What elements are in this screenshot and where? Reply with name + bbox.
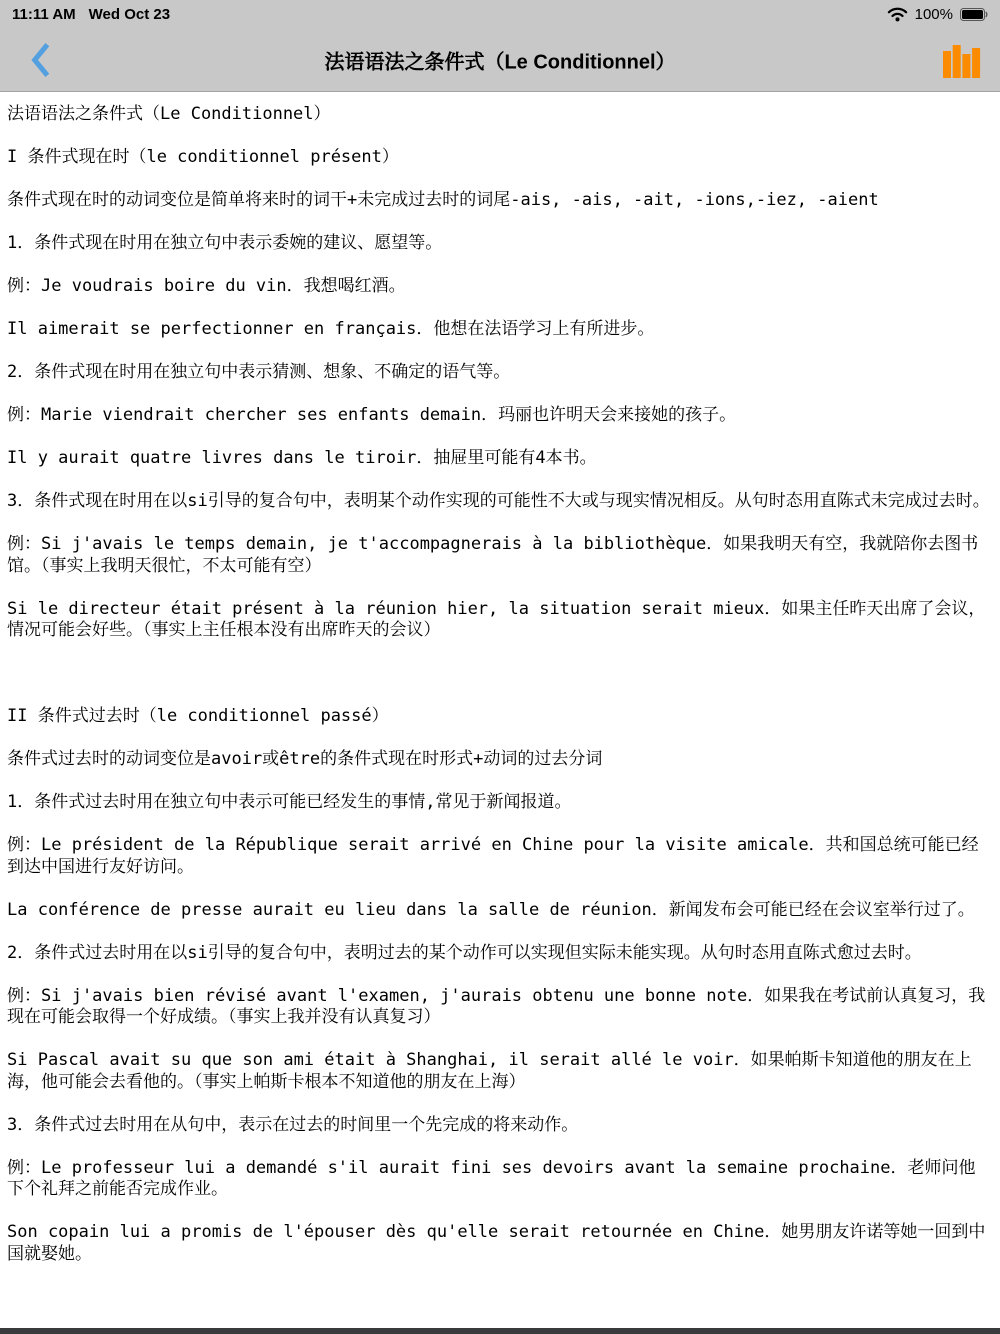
- paragraph: Son copain lui a promis de l'épouser dès…: [7, 1222, 990, 1265]
- paragraph: I 条件式现在时（le conditionnel présent）: [7, 147, 990, 169]
- status-date: Wed Oct 23: [89, 6, 170, 23]
- paragraph: 法语语法之条件式（Le Conditionnel）: [7, 104, 990, 126]
- paragraph: 条件式现在时的动词变位是简单将来时的词干+未完成过去时的词尾-ais, -ais…: [7, 190, 990, 212]
- paragraph: Il aimerait se perfectionner en français…: [7, 319, 990, 341]
- app-screen: 11:11 AM Wed Oct 23 100% 法语语法: [0, 0, 1000, 1334]
- chevron-left-icon: [30, 41, 52, 79]
- paragraph: 2．条件式现在时用在独立句中表示猜测、想象、不确定的语气等。: [7, 362, 990, 384]
- paragraph: 例：Marie viendrait chercher ses enfants d…: [7, 405, 990, 427]
- paragraph: II 条件式过去时（le conditionnel passé）: [7, 706, 990, 728]
- paragraph: 1．条件式过去时用在独立句中表示可能已经发生的事情,常见于新闻报道。: [7, 792, 990, 814]
- paragraph: 例：Le professeur lui a demandé s'il aurai…: [7, 1158, 990, 1201]
- paragraph: 2．条件式过去时用在以si引导的复合句中，表明过去的某个动作可以实现但实际未能实…: [7, 943, 990, 965]
- paragraph: 1．条件式现在时用在独立句中表示委婉的建议、愿望等。: [7, 233, 990, 255]
- back-button[interactable]: [26, 39, 56, 81]
- paragraph-spacer: [7, 663, 990, 685]
- bottom-toolbar-edge: [0, 1328, 1000, 1334]
- paragraph: 例：Si j'avais bien révisé avant l'examen,…: [7, 986, 990, 1029]
- paragraph: Si le directeur était présent à la réuni…: [7, 599, 990, 642]
- paragraph: Si Pascal avait su que son ami était à S…: [7, 1050, 990, 1093]
- bar-chart-icon: [943, 42, 981, 78]
- paragraph: 3．条件式现在时用在以si引导的复合句中，表明某个动作实现的可能性不大或与现实情…: [7, 491, 990, 513]
- page-title: 法语语法之条件式（Le Conditionnel）: [0, 45, 1000, 74]
- lesson-content[interactable]: 法语语法之条件式（Le Conditionnel）I 条件式现在时（le con…: [0, 92, 1000, 1265]
- paragraph: 3．条件式过去时用在从句中，表示在过去的时间里一个先完成的将来动作。: [7, 1115, 990, 1137]
- paragraph: 例：Si j'avais le temps demain, je t'accom…: [7, 534, 990, 577]
- wifi-icon: [887, 6, 908, 22]
- paragraph: La conférence de presse aurait eu lieu d…: [7, 900, 990, 922]
- battery-percent: 100%: [915, 6, 953, 23]
- paragraph: 例：Le président de la République serait a…: [7, 835, 990, 878]
- paragraph: Il y aurait quatre livres dans le tiroir…: [7, 448, 990, 470]
- nav-bar: 法语语法之条件式（Le Conditionnel）: [0, 28, 1000, 92]
- stats-button[interactable]: [942, 41, 982, 79]
- battery-icon: [960, 8, 988, 21]
- status-bar: 11:11 AM Wed Oct 23 100%: [0, 0, 1000, 28]
- status-time: 11:11 AM: [12, 6, 76, 23]
- paragraph: 条件式过去时的动词变位是avoir或être的条件式现在时形式+动词的过去分词: [7, 749, 990, 771]
- paragraph: 例：Je voudrais boire du vin．我想喝红酒。: [7, 276, 990, 298]
